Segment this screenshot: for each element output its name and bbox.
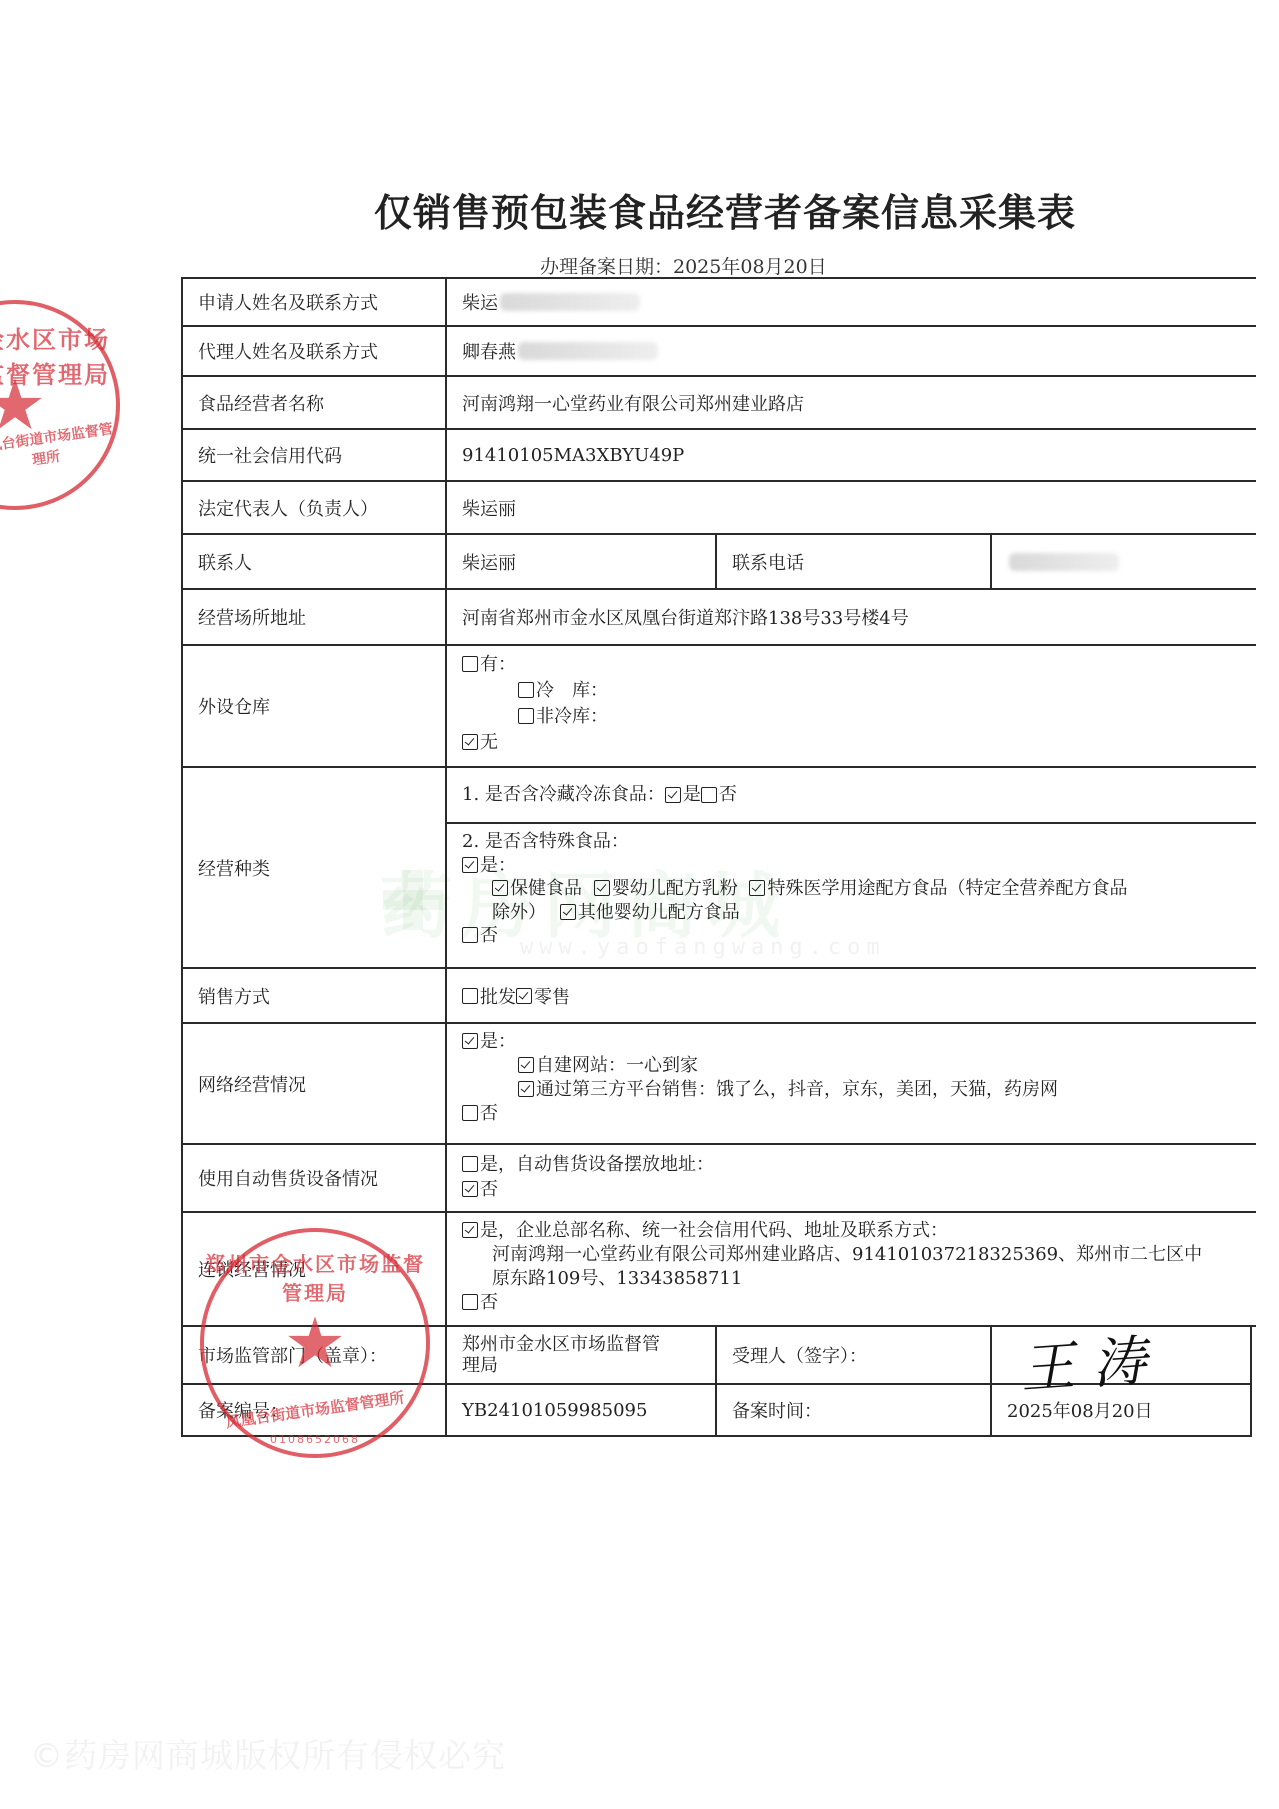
value-authority: 郑州市金水区市场监督管 理局: [447, 1327, 715, 1383]
label-record-time: 备案时间：: [715, 1385, 990, 1435]
option-special-yes: 是：: [462, 854, 1256, 878]
agent-name: 卿春燕: [462, 338, 516, 364]
value-warehouse: 有： 冷 库： 非冷库： 无: [447, 646, 1256, 766]
row-operator-name: 食品经营者名称 河南鸿翔一心堂药业有限公司郑州建业路店: [181, 375, 1256, 428]
row-contact: 联系人 柴运丽 联系电话: [181, 533, 1256, 588]
filing-date-line: 办理备案日期：2025年08月20日: [540, 252, 827, 279]
category-q1: 1. 是否含冷藏冷冻食品： 是 否: [462, 768, 1256, 822]
value-legal-rep: 柴运丽: [447, 482, 1256, 533]
row-online: 网络经营情况 是： 自建网站：一心到家 通过第三方平台销售：饿了么，抖音，京东，…: [181, 1022, 1256, 1143]
option-third-party: 通过第三方平台销售：饿了么，抖音，京东，美团，天猫，药房网: [462, 1078, 1256, 1102]
label-operator-name: 食品经营者名称: [181, 377, 447, 428]
checkbox-special-no[interactable]: [462, 927, 478, 943]
label-contact-phone: 联系电话: [715, 535, 990, 588]
option-vending-yes: 是，自动售货设备摆放地址：: [462, 1152, 1256, 1177]
value-sales-mode: 批发 零售: [447, 969, 1256, 1022]
value-applicant: 柴运: [447, 279, 1256, 325]
value-chain: 是，企业总部名称、统一社会信用代码、地址及联系方式： 河南鸿翔一心堂药业有限公司…: [447, 1213, 1256, 1325]
label-address: 经营场所地址: [181, 590, 447, 644]
checkbox-warehouse-yes[interactable]: [462, 656, 478, 672]
label-agent: 代理人姓名及联系方式: [181, 327, 447, 375]
value-record-no: YB24101059985095: [447, 1385, 715, 1435]
value-online: 是： 自建网站：一心到家 通过第三方平台销售：饿了么，抖音，京东，美团，天猫，药…: [447, 1024, 1256, 1143]
value-agent: 卿春燕: [447, 327, 1256, 375]
checkbox-vending-no[interactable]: [462, 1181, 478, 1197]
value-contact: 柴运丽: [447, 535, 715, 588]
value-operator-name: 河南鸿翔一心堂药业有限公司郑州建业路店: [447, 377, 1256, 428]
document-title: 仅销售预包装食品经营者备案信息采集表: [0, 182, 1279, 237]
row-sales-mode: 销售方式 批发 零售: [181, 967, 1256, 1022]
option-warehouse-none: 无: [462, 730, 1256, 756]
label-applicant: 申请人姓名及联系方式: [181, 279, 447, 325]
checkbox-online-yes[interactable]: [462, 1033, 478, 1049]
option-special-no: 否: [462, 924, 1256, 948]
official-stamp-bottom: 郑州市金水区市场监督管理局 ★ 凤凰台街道市场监督管理所 0108652068: [200, 1228, 430, 1458]
category-q2: 2. 是否含特殊食品： 是： 保健食品 婴幼儿配方乳粉 特殊医学用途配方食品（特…: [447, 824, 1256, 967]
checkbox-health-food[interactable]: [492, 880, 508, 896]
checkbox-medical-formula-food[interactable]: [749, 880, 765, 896]
label-credit-code: 统一社会信用代码: [181, 430, 447, 480]
stamp-code: 0108652068: [204, 1433, 426, 1446]
redacted-phone: [1009, 553, 1119, 571]
option-non-cold-storage: 非冷库：: [462, 704, 1256, 730]
label-contact: 联系人: [181, 535, 447, 588]
stamp-ring-text: 郑州市金水区市场监督管理局: [204, 1248, 426, 1306]
option-online-no: 否: [462, 1102, 1256, 1126]
chain-detail-line1: 河南鸿翔一心堂药业有限公司郑州建业路店、91410103721832536​9、…: [462, 1243, 1256, 1267]
checkbox-wholesale[interactable]: [462, 988, 478, 1004]
checkbox-own-site[interactable]: [518, 1057, 534, 1073]
label-warehouse: 外设仓库: [181, 646, 447, 766]
checkbox-retail[interactable]: [516, 988, 532, 1004]
special-items-line2: 除外） 其他婴幼儿配方食品: [462, 901, 1256, 925]
row-applicant: 申请人姓名及联系方式 柴运: [181, 277, 1256, 325]
row-category: 经营种类 1. 是否含冷藏冷冻食品： 是 否 2. 是否含特殊食品： 是： 保健…: [181, 766, 1256, 967]
label-vending: 使用自动售货设备情况: [181, 1145, 447, 1211]
applicant-name: 柴运: [462, 289, 498, 315]
label-receiver: 受理人（签字）：: [715, 1327, 990, 1383]
checkbox-cold-food-no[interactable]: [701, 787, 717, 803]
option-warehouse-yes: 有：: [462, 652, 1256, 678]
copyright-watermark: ©药房网商城版权所有侵权必究: [30, 1730, 506, 1777]
label-sales-mode: 销售方式: [181, 969, 447, 1022]
checkbox-cold-food-yes[interactable]: [665, 787, 681, 803]
label-legal-rep: 法定代表人（负责人）: [181, 482, 447, 533]
row-agent: 代理人姓名及联系方式 卿春燕: [181, 325, 1256, 375]
checkbox-vending-yes[interactable]: [462, 1156, 478, 1172]
option-vending-no: 否: [462, 1177, 1256, 1202]
checkbox-other-infant-food[interactable]: [560, 904, 576, 920]
option-online-yes: 是：: [462, 1030, 1256, 1054]
option-chain-yes: 是，企业总部名称、统一社会信用代码、地址及联系方式：: [462, 1219, 1256, 1243]
category-q2-question: 2. 是否含特殊食品：: [462, 830, 1256, 854]
value-credit-code: 91410105MA3XBYU49P: [447, 430, 1256, 480]
value-vending: 是，自动售货设备摆放地址： 否: [447, 1145, 1256, 1211]
checkbox-non-cold-storage[interactable]: [518, 708, 534, 724]
option-cold-storage: 冷 库：: [462, 678, 1256, 704]
receiver-signature: 王涛: [1017, 1317, 1166, 1404]
row-warehouse: 外设仓库 有： 冷 库： 非冷库： 无: [181, 644, 1256, 766]
chain-detail-line2: 原东路109号、13343858711: [462, 1267, 1256, 1291]
value-contact-phone: [990, 535, 1256, 588]
option-chain-no: 否: [462, 1291, 1256, 1315]
row-vending: 使用自动售货设备情况 是，自动售货设备摆放地址： 否: [181, 1143, 1256, 1211]
checkbox-chain-no[interactable]: [462, 1294, 478, 1310]
row-address: 经营场所地址 河南省郑州市金水区凤凰台街道郑汴路138号33号楼4号: [181, 588, 1256, 644]
checkbox-infant-formula-milk[interactable]: [594, 880, 610, 896]
official-stamp-top: 金水区市场监督管理局 ★ 凤凰台街道市场监督管理所: [0, 300, 120, 510]
label-online: 网络经营情况: [181, 1024, 447, 1143]
checkbox-special-yes[interactable]: [462, 857, 478, 873]
checkbox-cold-storage[interactable]: [518, 682, 534, 698]
redacted-phone: [500, 293, 640, 311]
special-items: 保健食品 婴幼儿配方乳粉 特殊医学用途配方食品（特定全营养配方食品: [462, 877, 1256, 901]
checkbox-third-party[interactable]: [518, 1081, 534, 1097]
row-credit-code: 统一社会信用代码 91410105MA3XBYU49P: [181, 428, 1256, 480]
label-category: 经营种类: [181, 768, 447, 967]
option-own-site: 自建网站：一心到家: [462, 1054, 1256, 1078]
checkbox-warehouse-none[interactable]: [462, 734, 478, 750]
star-icon: ★: [284, 1308, 347, 1378]
row-legal-rep: 法定代表人（负责人） 柴运丽: [181, 480, 1256, 533]
checkbox-chain-yes[interactable]: [462, 1222, 478, 1238]
redacted-phone: [518, 342, 658, 360]
checkbox-online-no[interactable]: [462, 1105, 478, 1121]
value-address: 河南省郑州市金水区凤凰台街道郑汴路138号33号楼4号: [447, 590, 1256, 644]
